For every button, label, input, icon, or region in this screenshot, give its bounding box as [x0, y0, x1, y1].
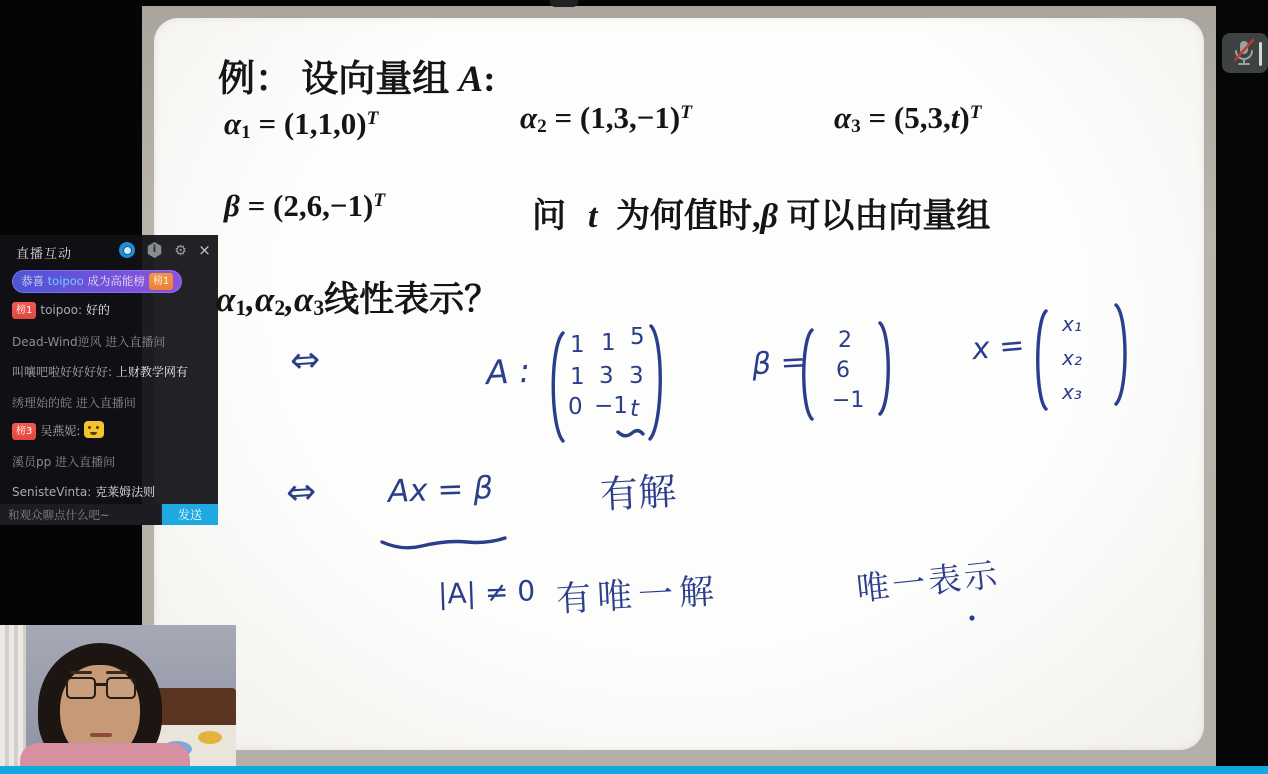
- eyebrow-left: [70, 671, 92, 674]
- alpha2-transpose: T: [680, 102, 692, 123]
- title-colon: :: [483, 59, 495, 100]
- rank-badge: 榜1: [149, 273, 173, 290]
- q-mid: 为何值时,: [607, 198, 760, 235]
- l4-a3: ,α: [285, 280, 313, 319]
- beta-value: = (2,6,−1): [240, 188, 373, 223]
- window-top-notch: [550, 0, 578, 7]
- glasses-right-lens: [106, 677, 136, 699]
- username: SenisteVinta:: [12, 485, 91, 499]
- l4-s2: 2: [274, 296, 285, 320]
- q-beta: β: [760, 198, 777, 235]
- enter-text: 进入直播间: [72, 396, 136, 410]
- gear-icon[interactable]: ⚙: [172, 242, 189, 259]
- beta-transpose: T: [373, 190, 385, 211]
- equivalence-arrow-2: ⇔: [285, 471, 318, 514]
- A-r1c0: 1: [570, 364, 585, 390]
- q-wen: 问: [532, 198, 566, 235]
- alpha3-symbol: α: [834, 100, 851, 135]
- alpha1-subscript: 1: [241, 122, 251, 143]
- ann-text1: 恭喜: [21, 274, 48, 288]
- formula-beta: β = (2,6,−1)T: [224, 188, 385, 224]
- live-class-screen: 例： 设向量组 A: α1 = (1,1,0)T α2 = (1,3,−1)T …: [0, 0, 1268, 774]
- x-v1: x₂: [1062, 346, 1082, 370]
- emoji-sticker: [84, 421, 104, 438]
- beta-v1: 6: [836, 358, 850, 383]
- formula-alpha2: α2 = (1,3,−1)T: [520, 100, 692, 138]
- right-black-column: [1216, 0, 1268, 774]
- unique-solution-text: 有唯一解: [555, 564, 721, 623]
- beta-hand-label: β =: [751, 345, 807, 383]
- alpha2-subscript: 2: [537, 116, 547, 137]
- enter-text: 进入直播间: [102, 335, 166, 349]
- A-r1c1: 3: [599, 363, 614, 389]
- teacher-webcam: [0, 625, 236, 768]
- beta-v0: 2: [838, 328, 852, 353]
- message-text: 克莱姆法则: [91, 485, 155, 499]
- chat-message: 榜1toipoo: 好的: [12, 301, 110, 319]
- username: 溪员pp: [12, 455, 51, 469]
- username: Dead-Wind逆风: [12, 335, 102, 349]
- l4-a2: ,α: [246, 280, 274, 319]
- glasses-left-lens: [66, 677, 96, 699]
- x-v0: x₁: [1062, 312, 1082, 336]
- alpha3-subscript: 3: [851, 116, 861, 137]
- A-r0c0: 1: [570, 332, 585, 358]
- enter-text: 进入直播间: [51, 455, 115, 469]
- alpha3-value: = (5,3,: [861, 100, 951, 135]
- eye-pupil: [123, 246, 132, 255]
- has-solution-text: 有解: [599, 460, 678, 519]
- username: 叫嚷吧啦好好好好:: [12, 365, 112, 379]
- username: 吴燕妮:: [40, 424, 80, 438]
- q-tail: 可以由向量组: [778, 198, 991, 235]
- beta-symbol: β: [224, 188, 240, 223]
- close-icon[interactable]: ×: [196, 242, 213, 259]
- A-r1c2: 3: [629, 363, 644, 389]
- A-r2c2: t: [630, 396, 639, 422]
- alpha3-transpose: T: [970, 102, 982, 123]
- glasses-bridge: [96, 683, 106, 686]
- fan-badge: 榜3: [12, 423, 36, 440]
- message-text: 好的: [82, 303, 110, 317]
- send-button[interactable]: 发送: [162, 504, 218, 525]
- A-r2c0: 0: [568, 394, 583, 420]
- alpha1-value: = (1,1,0): [251, 106, 367, 141]
- message-text: 上财教学网有: [112, 365, 188, 379]
- matrix-A-label: A :: [485, 351, 531, 392]
- line4: α1,α2,α3线性表示？: [216, 272, 499, 322]
- fan-badge: 榜1: [12, 302, 36, 319]
- teacher-mouth: [90, 733, 112, 737]
- l4-s3: 3: [313, 296, 324, 320]
- eye-icon[interactable]: [119, 242, 135, 258]
- chat-panel-title: 直播互动: [16, 243, 72, 262]
- alpha2-value: = (1,3,−1): [547, 100, 680, 135]
- alpha3-close: ): [959, 100, 969, 135]
- alpha1-symbol: α: [224, 106, 241, 141]
- x-hand-label: x =: [971, 328, 1026, 367]
- ann-text2: 成为高能榜: [84, 274, 145, 288]
- teacher-shoulders: [20, 743, 190, 768]
- enter-message: Dead-Wind逆风 进入直播间: [12, 333, 165, 351]
- bottom-accent-strip: [0, 766, 1268, 774]
- formula-alpha3: α3 = (5,3,t)T: [834, 100, 981, 138]
- eyebrow-right: [106, 671, 128, 674]
- beta-v2: −1: [832, 388, 864, 413]
- slide-title: 例： 设向量组 A:: [218, 48, 496, 102]
- shield-info-icon[interactable]: i: [147, 242, 162, 258]
- announcement-pill: 恭喜 toipoo 成为高能榜榜1: [12, 270, 182, 293]
- enter-message: 溪员pp 进入直播间: [12, 453, 115, 471]
- determinant-condition: |A| ≠ 0: [437, 574, 535, 610]
- announcement-message: 恭喜 toipoo 成为高能榜榜1: [12, 270, 182, 293]
- q-t: t: [588, 198, 597, 235]
- username: 绣理始的皖: [12, 396, 72, 410]
- equation-Ax-beta: Ax = β: [387, 470, 493, 510]
- chat-message: 榜3吴燕妮:: [12, 421, 104, 440]
- equivalence-arrow-1: ⇔: [289, 339, 322, 382]
- l4-s1: 1: [235, 296, 246, 320]
- chat-message: 叫嚷吧啦好好好好: 上财教学网有: [12, 363, 188, 381]
- volume-handle[interactable]: [1259, 42, 1262, 66]
- alpha2-symbol: α: [520, 100, 537, 135]
- title-text: 例： 设向量组: [218, 59, 459, 100]
- chat-message: SenisteVinta: 克莱姆法则: [12, 483, 155, 501]
- chat-input-row: 发送: [0, 504, 218, 525]
- A-r0c2: 5: [630, 324, 645, 350]
- x-v2: x₃: [1062, 380, 1082, 404]
- question-line: 问t 为何值时,β 可以由向量组: [532, 188, 990, 237]
- l4-tail: 线性表示？: [324, 280, 499, 319]
- A-r0c1: 1: [601, 330, 616, 356]
- live-chat-panel: 直播互动 i ⚙ × 恭喜 toipoo 成为高能榜榜1 榜1toipoo: 好…: [0, 235, 218, 525]
- l4-a1: α: [216, 280, 235, 319]
- A-r2c1: −1: [594, 393, 628, 419]
- chat-input[interactable]: [0, 504, 160, 525]
- ann-username: toipoo: [48, 274, 84, 288]
- enter-message: 绣理始的皖 进入直播间: [12, 394, 136, 412]
- username: toipoo:: [40, 303, 82, 317]
- alpha1-transpose: T: [367, 108, 379, 129]
- formula-alpha1: α1 = (1,1,0)T: [224, 106, 378, 144]
- title-A: A: [459, 59, 484, 100]
- curtain: [0, 625, 26, 768]
